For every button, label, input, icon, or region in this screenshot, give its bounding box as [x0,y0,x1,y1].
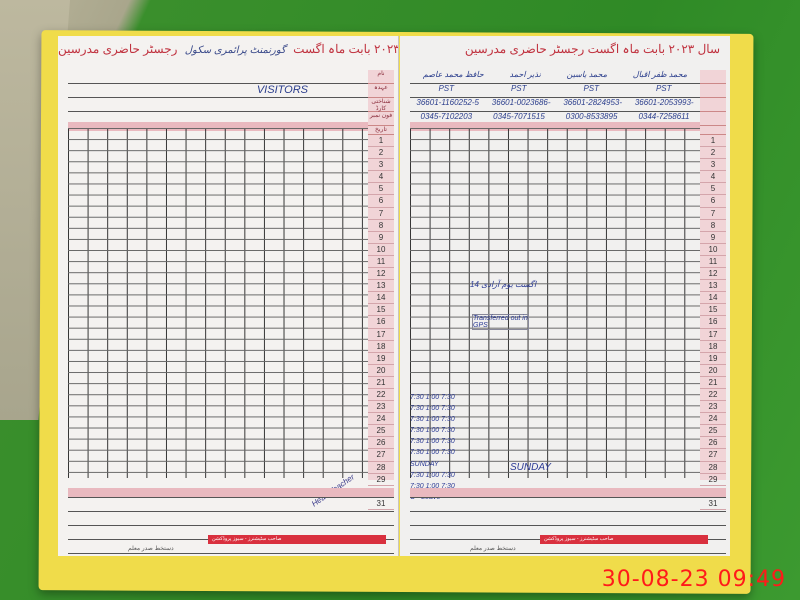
day-number: 15 [368,304,394,316]
register-title: رجسٹر حاضری مدرسین [465,42,584,56]
day-number: 8 [368,220,394,232]
day-number: 19 [368,353,394,365]
day-number: 2 [700,147,726,159]
day-number: 9 [700,232,726,244]
day-number: 23 [700,401,726,413]
day-number: 10 [368,244,394,256]
month-label: بابت ماہ اگست [588,42,665,56]
day-number: 13 [368,280,394,292]
day-number: 26 [700,437,726,449]
day-number: 14 [368,292,394,304]
day-number: 20 [368,365,394,377]
day-number: 5 [700,183,726,195]
year-label: سال ۲۰۲۳ [668,42,720,56]
attendance-entry: 7:30 1:00 7:30 [410,436,490,447]
day-number: 29 [700,474,726,486]
day-number: 10 [700,244,726,256]
day-number: 15 [700,304,726,316]
visitors-note: VISITORS [68,84,368,98]
day-number: 7 [700,208,726,220]
day-number: 18 [700,341,726,353]
day-number: 3 [700,159,726,171]
day-number: 27 [368,449,394,461]
left-page: سال ۲۰۲۳ بابت ماہ اگست گورنمنٹ پرائمری س… [58,36,399,556]
photo-timestamp: 30-08-23 09:49 [602,567,786,592]
day-number: 7 [368,208,394,220]
day-number: 23 [368,401,394,413]
day-number: 4 [368,171,394,183]
year-label: سال ۲۰۲۳ [374,42,398,56]
holiday-note: 14 اگست یوم آزادی [470,280,536,289]
month-label: بابت ماہ اگست [293,42,370,56]
day-number: 3 [368,159,394,171]
day-number: 21 [700,377,726,389]
day-number: 14 [700,292,726,304]
sunday-note: SUNDAY [510,462,551,473]
day-number: 6 [700,195,726,207]
day-number: 11 [368,256,394,268]
day-number: 12 [368,268,394,280]
day-number: 6 [368,195,394,207]
day-number: 18 [368,341,394,353]
day-number: 24 [368,413,394,425]
right-page: سال ۲۰۲۳ بابت ماہ اگست رجسٹر حاضری مدرسی… [400,36,730,556]
attendance-entry: 7:30 1:00 7:30 [410,392,490,403]
attendance-entry: 7:30 1:00 7:30 [410,470,490,481]
day-number: 28 [368,462,394,474]
teacher-info-rows: VISITORS [68,70,368,126]
day-number: 8 [700,220,726,232]
day-number: 29 [368,474,394,486]
day-number: 17 [700,329,726,341]
register-title: رجسٹر حاضری مدرسین [58,42,177,56]
day-number: 5 [368,183,394,195]
attendance-entry: SUNDAY [410,459,490,470]
attendance-entry: 7:30 1:00 7:30 [410,414,490,425]
day-number: 25 [700,425,726,437]
day-number: 11 [700,256,726,268]
day-number: 25 [368,425,394,437]
attendance-entries: 7:30 1:00 7:307:30 1:00 7:307:30 1:00 7:… [410,392,490,503]
day-number: 9 [368,232,394,244]
day-number: 2 [368,147,394,159]
attendance-grid [68,128,368,478]
day-number: 28 [700,462,726,474]
attendance-entry: 7:30 1:00 7:30 [410,425,490,436]
day-number: 16 [368,316,394,328]
school-name: گورنمنٹ پرائمری سکول [185,45,286,56]
publisher-banner: صاحب سٹیشنرز - سیوز پروڈکشن [208,535,386,544]
attendance-entry: 7:30 1:00 7:30 [410,447,490,458]
attendance-entry: 7:30 1:00 7:30 [410,403,490,414]
day-number: 21 [368,377,394,389]
day-number: 22 [368,389,394,401]
day-number: 1 [368,135,394,147]
day-number: 17 [368,329,394,341]
signature-label: دستخط صدر معلم [128,545,174,552]
day-number: 20 [700,365,726,377]
day-number: 27 [700,449,726,461]
day-number: 1 [700,135,726,147]
day-number: 19 [700,353,726,365]
right-page-title: سال ۲۰۲۳ بابت ماہ اگست رجسٹر حاضری مدرسی… [400,42,730,64]
day-column: نام عہدہ شناختی کارڈ فون نمبر تاریخ 1234… [368,70,394,480]
signature-label: دستخط صدر معلم [470,545,516,552]
day-number: 4 [700,171,726,183]
day-number: 22 [700,389,726,401]
left-page-title: سال ۲۰۲۳ بابت ماہ اگست گورنمنٹ پرائمری س… [58,42,398,64]
publisher-banner: صاحب سٹیشنرز - سیوز پروڈکشن [540,535,708,544]
day-number: 16 [700,316,726,328]
teacher-info-rows: حافظ محمد عاصم نذیر احمد محمد یاسین محمد… [410,70,700,126]
day-number: 24 [700,413,726,425]
day-column: 1234567891011121314151617181920212223242… [700,70,726,480]
day-number: 13 [700,280,726,292]
transfer-note: Transferred out in GPS [472,314,529,330]
day-number: 12 [700,268,726,280]
day-number: 26 [368,437,394,449]
